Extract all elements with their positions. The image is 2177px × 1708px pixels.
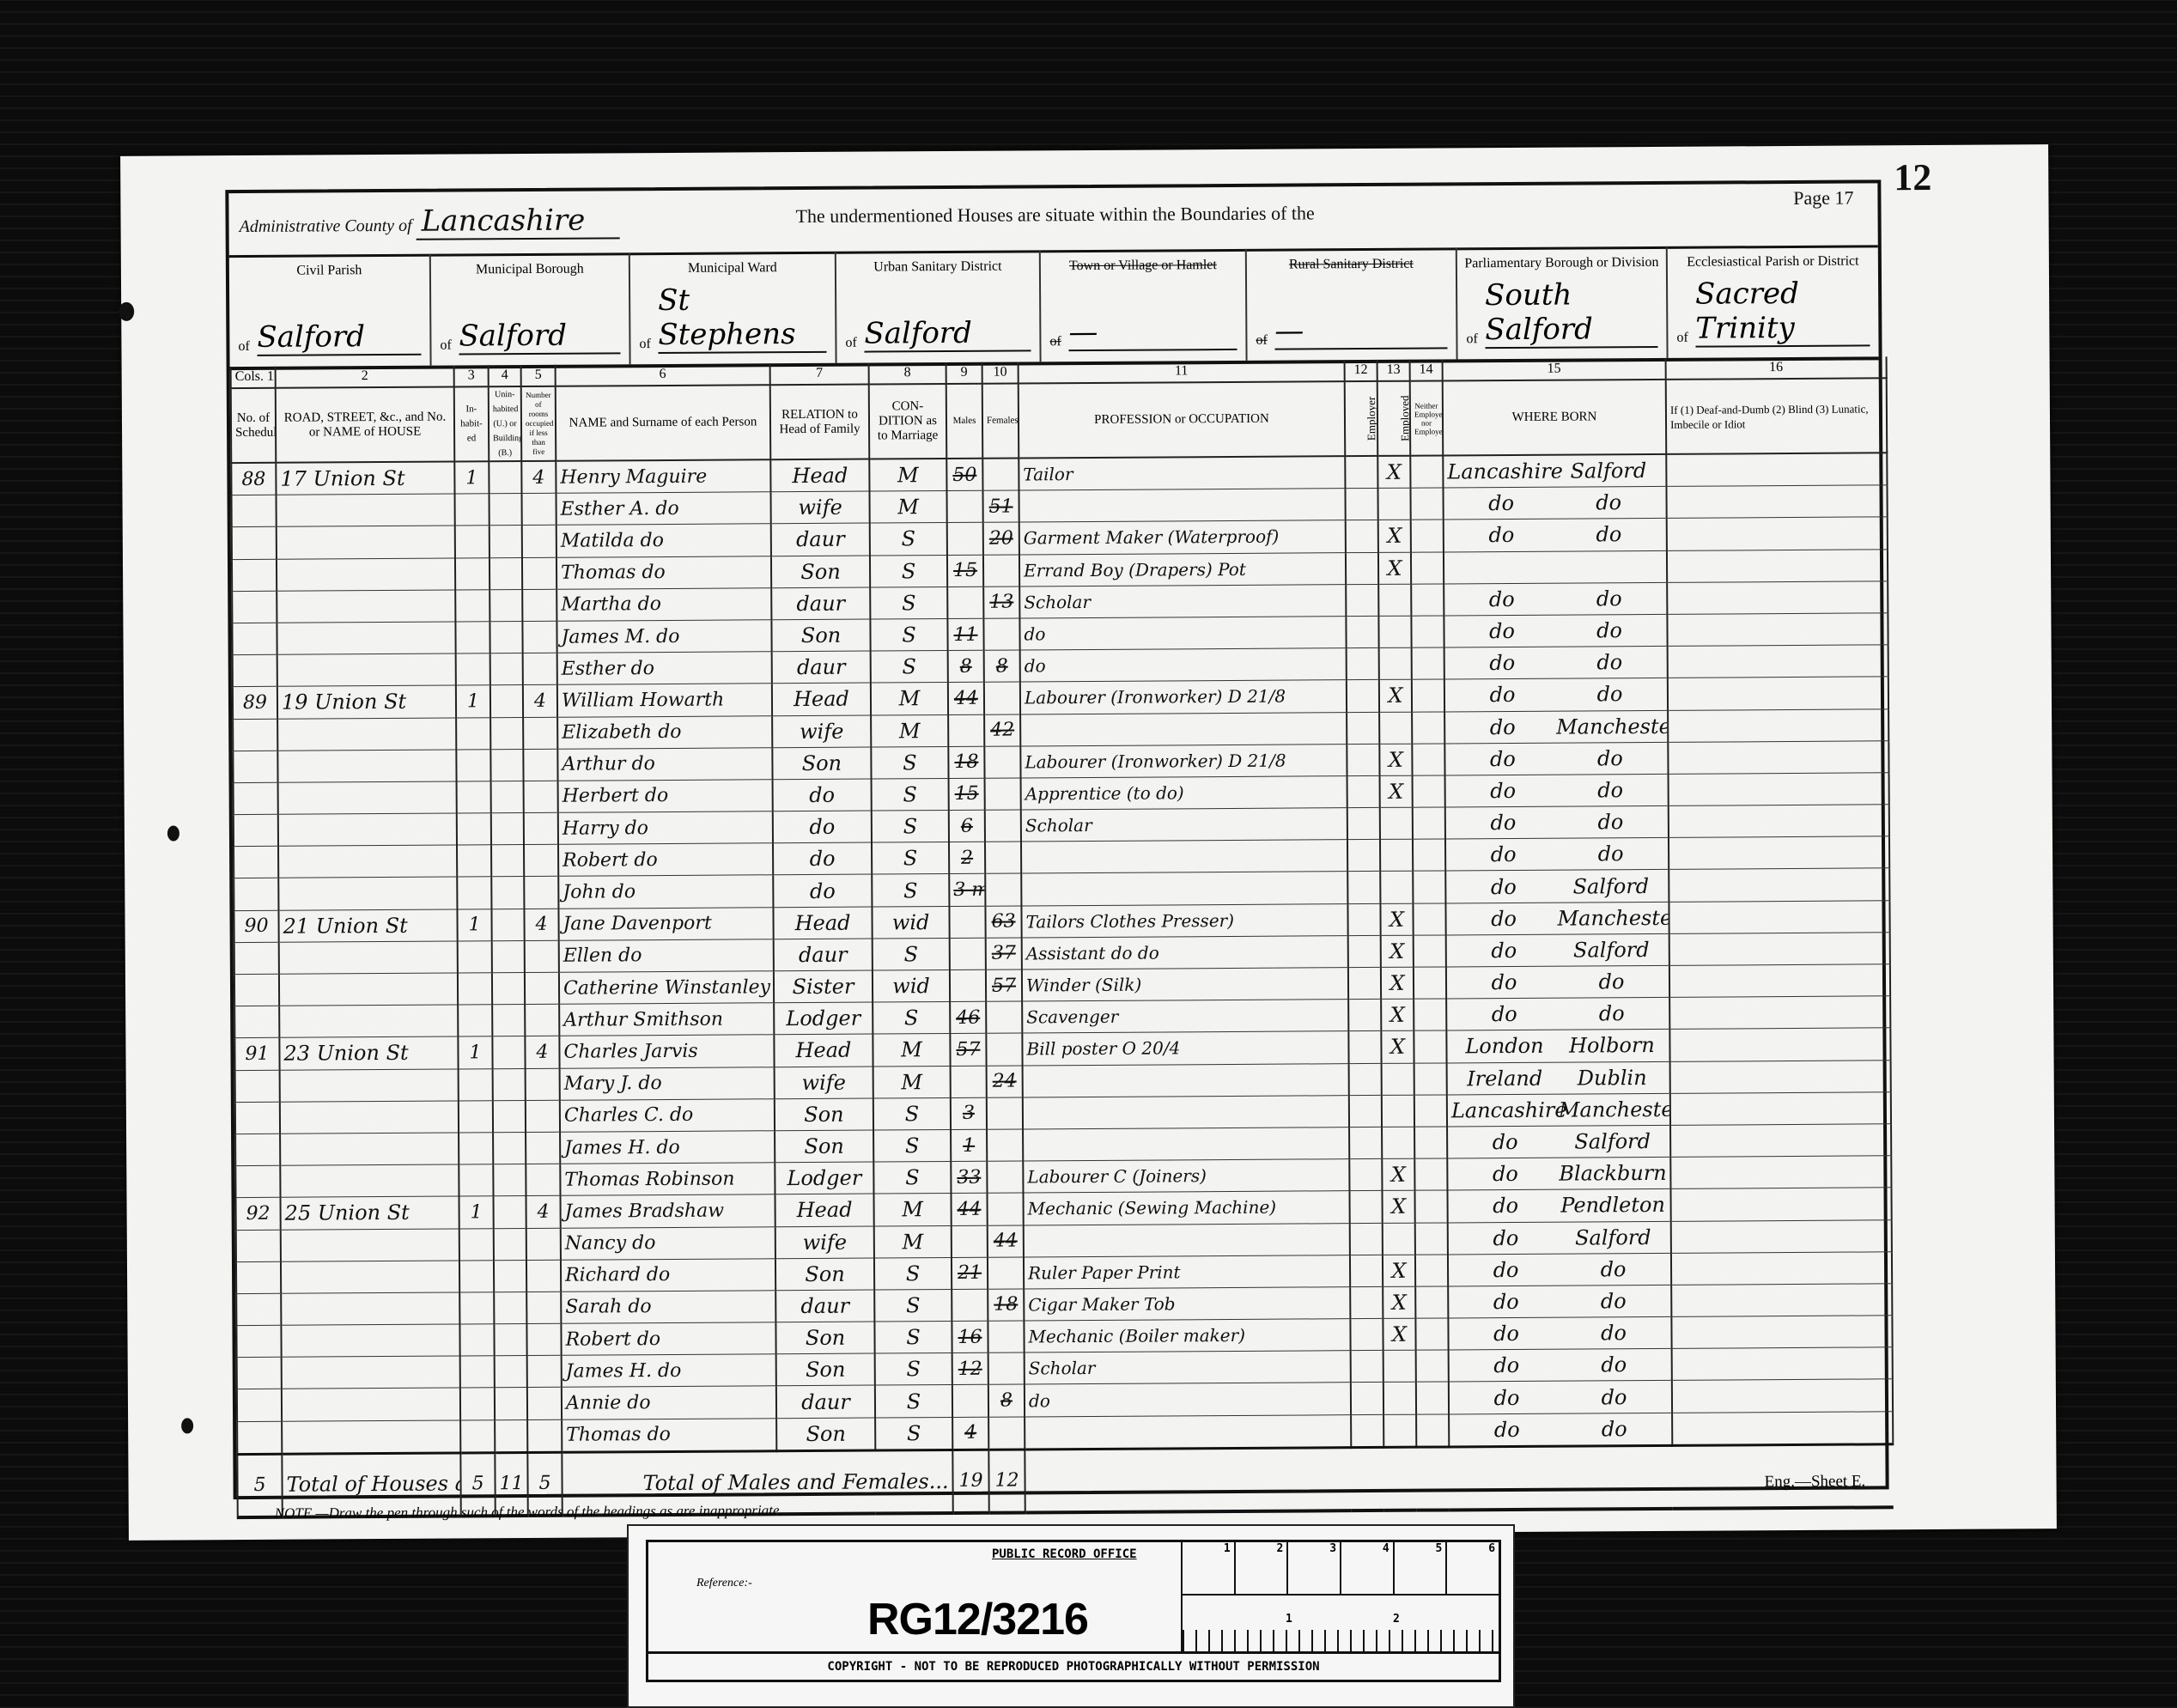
inhabited-cell <box>460 1388 495 1419</box>
uninhabited-cell <box>494 1324 526 1356</box>
uninhabited-cell <box>493 1132 526 1164</box>
rooms-cell <box>522 621 556 653</box>
schedule-cell <box>236 1293 281 1326</box>
rooms-cell: 4 <box>521 461 556 494</box>
where-born-cell: LancashireManchester <box>1447 1093 1670 1127</box>
where-born-cell: doBlackburn <box>1447 1157 1670 1190</box>
infirmity-cell <box>1671 1316 1892 1349</box>
rooms-cell <box>522 589 556 621</box>
relation-cell: Sister <box>774 970 873 1003</box>
occupation-cell: do <box>1025 1383 1351 1417</box>
name-cell: Charles C. do <box>560 1098 775 1132</box>
inhabited-cell: 1 <box>458 1036 492 1068</box>
neither-cell <box>1412 647 1444 679</box>
road-cell: 19 Union St <box>277 685 456 718</box>
where-born-cell: dodo <box>1449 1381 1672 1414</box>
schedule-cell <box>236 1325 281 1358</box>
road-cell <box>277 494 455 526</box>
total-blank <box>1025 1444 1893 1513</box>
infirmity-cell <box>1667 549 1888 582</box>
schedule-cell <box>232 591 277 623</box>
road-cell: 23 Union St <box>279 1036 458 1069</box>
female-age-cell: 57 <box>986 969 1022 1001</box>
occupation-cell: Winder (Silk) <box>1022 968 1348 1002</box>
scale-inch: 1 2 <box>1183 1596 1499 1652</box>
male-age-cell <box>946 490 982 522</box>
occupation-cell: Bill poster O 20/4 <box>1022 1031 1348 1066</box>
schedule-cell <box>234 814 278 847</box>
male-age-cell: 33 <box>951 1161 987 1193</box>
where-born-cell: dodo <box>1444 519 1667 552</box>
total-males: 19 <box>952 1450 988 1513</box>
header-condition: CON-DITION as to Marriage <box>869 384 947 459</box>
name-cell: Esther do <box>557 652 772 685</box>
rooms-cell <box>523 749 557 781</box>
rooms-cell <box>523 717 557 749</box>
male-age-cell <box>951 1066 987 1097</box>
admin-county-label: Administrative County of <box>240 216 412 236</box>
road-cell <box>278 877 457 909</box>
female-age-cell: 37 <box>986 938 1022 969</box>
uninhabited-cell <box>495 1356 527 1388</box>
where-born-cell: doManchester <box>1445 902 1669 935</box>
employed-cell <box>1378 584 1411 616</box>
schedule-cell <box>233 654 277 687</box>
occupation-cell <box>1021 840 1347 874</box>
header-schedule: No. of Schedule <box>231 388 277 463</box>
name-cell: Thomas do <box>562 1418 776 1452</box>
schedule-cell: 89 <box>233 687 277 720</box>
condition-cell: S <box>870 587 947 619</box>
relation-cell: daur <box>771 587 870 620</box>
employed-cell: X <box>1377 456 1410 489</box>
employer-cell <box>1345 456 1377 489</box>
female-age-cell <box>987 1097 1023 1129</box>
male-age-cell <box>948 714 984 746</box>
infirmity-cell <box>1671 1219 1892 1253</box>
where-born-cell: dodo <box>1444 582 1667 616</box>
uninhabited-cell <box>490 526 522 557</box>
rooms-cell <box>525 940 559 972</box>
female-age-cell: 63 <box>985 906 1021 938</box>
occupation-cell: Errand Boy (Drapers) Pot <box>1019 552 1346 587</box>
employer-cell <box>1350 1223 1383 1255</box>
name-cell: John do <box>558 875 773 909</box>
male-age-cell: 46 <box>950 1001 986 1033</box>
inhabited-cell <box>456 653 490 685</box>
road-cell <box>280 1101 459 1134</box>
male-age-cell: 57 <box>950 1034 986 1066</box>
census-page: 12 Administrative County of Lancashire T… <box>120 144 2057 1541</box>
employed-cell: X <box>1381 967 1414 999</box>
relation-cell: Son <box>771 556 870 588</box>
inhabited-cell: 1 <box>457 909 491 940</box>
occupation-cell <box>1023 1128 1349 1162</box>
inhabited-cell <box>459 1260 494 1292</box>
uninhabited-cell <box>490 557 522 589</box>
rooms-cell <box>526 1260 561 1292</box>
infirmity-cell <box>1668 645 1888 678</box>
infirmity-cell <box>1669 773 1889 806</box>
employer-cell <box>1348 1000 1381 1031</box>
uninhabited-cell <box>491 781 524 812</box>
where-born-cell: dodo <box>1444 742 1668 775</box>
occupation-cell: do <box>1020 648 1347 683</box>
male-age-cell: 6 <box>949 810 985 842</box>
header-where-born: WHERE BORN <box>1443 380 1667 456</box>
employed-cell <box>1382 1063 1414 1095</box>
neither-cell <box>1413 903 1445 935</box>
name-cell: Mary J. do <box>560 1067 775 1100</box>
neither-cell <box>1414 1095 1447 1127</box>
occupation-cell: Ruler Paper Print <box>1024 1255 1350 1289</box>
male-age-cell <box>947 523 983 555</box>
employer-cell <box>1346 616 1378 647</box>
infirmity-cell <box>1667 517 1888 550</box>
condition-cell: S <box>875 1417 952 1450</box>
condition-cell: M <box>874 1225 952 1258</box>
employer-cell <box>1350 1255 1383 1286</box>
employed-cell <box>1379 712 1412 744</box>
uninhabited-cell <box>492 940 525 972</box>
punch-hole <box>119 302 134 321</box>
inhabited-cell <box>458 973 492 1005</box>
uninhabited-cell <box>491 877 524 909</box>
infirmity-cell <box>1669 933 1890 966</box>
female-age-cell: 13 <box>983 587 1019 618</box>
header-males: Males <box>946 384 983 459</box>
condition-cell: S <box>873 1097 951 1130</box>
relation-cell: Son <box>775 1130 873 1163</box>
relation-cell: Head <box>770 459 869 492</box>
condition-cell: M <box>873 1194 951 1226</box>
neither-cell <box>1413 871 1445 903</box>
occupation-cell <box>1023 1063 1349 1097</box>
infirmity-cell <box>1672 1347 1893 1381</box>
header-infirmity: If (1) Deaf-and-Dumb (2) Blind (3) Lunat… <box>1666 378 1888 454</box>
employed-cell <box>1383 1350 1416 1382</box>
occupation-cell <box>1020 712 1347 746</box>
schedule-cell <box>234 942 279 975</box>
road-cell <box>280 1133 459 1165</box>
infirmity-cell <box>1668 677 1888 710</box>
sheet-number: 12 <box>1894 155 1931 199</box>
schedule-cell <box>237 1389 282 1422</box>
occupation-cell: Scholar <box>1021 808 1347 842</box>
inhabited-cell <box>457 781 491 813</box>
rooms-cell <box>527 1419 562 1452</box>
occupation-cell: Labourer (Ironworker) D 21/8 <box>1020 744 1347 778</box>
admin-county-value: Lancashire <box>417 203 620 240</box>
employer-cell <box>1347 744 1379 775</box>
name-cell: Thomas do <box>556 556 771 589</box>
male-age-cell <box>952 1385 988 1417</box>
employer-cell <box>1347 840 1380 872</box>
condition-cell: S <box>873 1162 951 1194</box>
female-age-cell: 20 <box>983 522 1019 554</box>
census-table: Cols. 1 2 3 4 5 6 7 8 9 10 11 12 13 14 1… <box>230 356 1894 1519</box>
female-age-cell <box>984 746 1020 778</box>
female-age-cell: 18 <box>988 1289 1024 1321</box>
uninhabited-cell <box>490 749 523 781</box>
name-cell: Henry Maguire <box>556 459 770 493</box>
name-cell: Arthur Smithson <box>559 1003 774 1036</box>
road-cell <box>277 653 456 686</box>
employed-cell: X <box>1383 1318 1415 1350</box>
header-road: ROAD, STREET, &c., and No. or NAME of HO… <box>276 387 455 463</box>
public-record-office: PUBLIC RECORD OFFICE <box>992 1547 1137 1561</box>
uninhabited-cell <box>492 1036 525 1068</box>
schedule-cell <box>234 782 278 815</box>
road-cell <box>277 590 455 623</box>
punch-hole <box>181 1418 193 1433</box>
district-municipal-borough: Municipal Borough of Salford <box>431 252 631 365</box>
male-age-cell: 2 <box>949 842 985 873</box>
employer-cell <box>1349 1095 1382 1127</box>
infirmity-cell <box>1670 1124 1891 1158</box>
name-cell: James Bradshaw <box>561 1194 775 1228</box>
employed-cell <box>1380 807 1413 839</box>
road-cell <box>281 1261 459 1293</box>
schedule-cell: 90 <box>234 910 278 943</box>
neither-cell <box>1414 1063 1447 1095</box>
employed-cell <box>1382 1127 1414 1158</box>
condition-cell: S <box>875 1385 952 1418</box>
female-age-cell <box>987 1193 1023 1225</box>
condition-cell: S <box>871 746 948 779</box>
relation-cell: wife <box>775 1067 873 1099</box>
male-age-cell <box>949 906 985 938</box>
where-born-cell: doPendleton <box>1447 1189 1670 1223</box>
where-born-cell: doSalford <box>1447 1125 1670 1158</box>
employer-cell <box>1348 935 1381 967</box>
infirmity-cell <box>1669 1028 1890 1061</box>
employer-cell <box>1347 775 1380 807</box>
infirmity-cell <box>1669 996 1890 1030</box>
neither-cell <box>1415 1286 1448 1318</box>
female-age-cell <box>986 1033 1022 1065</box>
where-born-cell: dodo <box>1449 1349 1672 1383</box>
inhabited-cell <box>459 1068 493 1100</box>
name-cell: James H. do <box>560 1131 775 1164</box>
schedule-cell <box>237 1358 282 1390</box>
occupation-cell: Scholar <box>1019 584 1346 618</box>
occupation-cell: Apprentice (to do) <box>1021 776 1347 811</box>
rooms-cell <box>526 1292 561 1323</box>
name-cell: Robert do <box>561 1322 775 1356</box>
district-row: Civil Parish of Salford Municipal Boroug… <box>229 245 1879 370</box>
male-age-cell: 11 <box>947 618 983 650</box>
infirmity-cell <box>1666 485 1887 519</box>
neither-cell <box>1415 1222 1448 1254</box>
uninhabited-cell <box>495 1388 527 1419</box>
road-cell: 25 Union St <box>281 1196 459 1229</box>
infirmity-cell <box>1668 708 1888 742</box>
condition-cell: S <box>871 651 948 684</box>
relation-cell: wife <box>772 715 871 748</box>
rooms-cell <box>523 653 557 684</box>
relation-cell: Son <box>776 1353 875 1386</box>
female-age-cell <box>982 458 1019 490</box>
uninhabited-cell <box>495 1419 527 1452</box>
relation-cell: Head <box>774 1034 873 1067</box>
name-cell: Catherine Winstanley <box>559 971 774 1005</box>
female-age-cell <box>987 1161 1023 1193</box>
female-age-cell <box>985 842 1021 873</box>
road-cell <box>282 1420 460 1454</box>
occupation-cell <box>1024 1223 1350 1257</box>
condition-cell: M <box>869 459 946 491</box>
where-born-cell: dodo <box>1445 774 1669 807</box>
male-age-cell: 3 mo <box>949 874 985 906</box>
employer-cell <box>1347 680 1379 712</box>
employed-cell <box>1383 1383 1416 1414</box>
neither-cell <box>1412 711 1444 743</box>
inhabited-cell <box>459 1228 494 1260</box>
employer-cell <box>1346 584 1378 616</box>
occupation-cell: Scavenger <box>1022 1000 1348 1034</box>
where-born-cell: IrelandDublin <box>1447 1061 1670 1095</box>
occupation-cell <box>1023 1095 1349 1129</box>
road-cell <box>278 781 457 814</box>
employed-cell: X <box>1379 744 1412 775</box>
condition-cell: S <box>874 1322 952 1354</box>
header-females: Females <box>982 383 1019 458</box>
employer-cell <box>1348 967 1381 999</box>
employed-cell: X <box>1380 775 1413 807</box>
employed-cell <box>1377 488 1410 520</box>
district-civil-parish: Civil Parish of Salford <box>229 254 432 367</box>
condition-cell: S <box>870 618 947 651</box>
condition-cell: S <box>873 938 950 970</box>
schedule-cell <box>234 974 279 1006</box>
female-age-cell <box>988 1417 1025 1450</box>
employed-cell: X <box>1378 552 1411 584</box>
road-cell <box>280 1164 459 1197</box>
employed-cell: X <box>1383 1255 1415 1286</box>
female-age-cell <box>985 873 1021 905</box>
district-municipal-ward: Municipal Ward of St Stephens <box>630 252 837 364</box>
footer-note: NOTE.—Draw the pen through such of the w… <box>275 1502 783 1523</box>
infirmity-cell <box>1669 900 1889 933</box>
uninhabited-cell <box>493 1068 526 1100</box>
name-cell: Ellen do <box>559 939 774 973</box>
uninhabited-cell <box>494 1292 526 1323</box>
where-born-cell: dodo <box>1444 678 1668 712</box>
male-age-cell: 44 <box>951 1194 987 1225</box>
infirmity-cell <box>1670 1156 1891 1189</box>
rooms-cell <box>527 1388 562 1419</box>
infirmity-cell <box>1672 1379 1893 1413</box>
employed-cell <box>1383 1414 1416 1447</box>
employer-cell <box>1346 520 1378 552</box>
relation-cell: Head <box>772 683 871 715</box>
name-cell: William Howarth <box>557 684 772 717</box>
male-age-cell <box>947 587 983 618</box>
employer-cell <box>1347 903 1380 935</box>
female-age-cell: 24 <box>987 1066 1023 1097</box>
employed-cell: X <box>1381 935 1414 967</box>
employed-cell <box>1383 1223 1415 1255</box>
neither-cell <box>1414 999 1446 1030</box>
uninhabited-cell <box>490 653 523 685</box>
relation-cell: daur <box>774 939 873 971</box>
name-cell: Jane Davenport <box>558 907 773 940</box>
uninhabited-cell <box>494 1260 526 1292</box>
rooms-cell <box>526 1228 561 1260</box>
neither-cell <box>1413 775 1445 807</box>
uninhabited-cell <box>489 461 521 494</box>
male-age-cell: 44 <box>948 683 984 714</box>
name-cell: James H. do <box>562 1354 776 1388</box>
condition-cell: wid <box>872 906 949 939</box>
rooms-cell <box>522 557 556 589</box>
male-age-cell: 15 <box>947 555 983 587</box>
condition-cell: wid <box>873 969 950 1002</box>
relation-cell: do <box>773 779 872 811</box>
where-born-cell: LancashireSalford <box>1443 454 1666 488</box>
where-born-cell: dodo <box>1446 965 1669 999</box>
name-cell: Harry do <box>558 811 773 845</box>
rooms-cell <box>525 972 559 1004</box>
male-age-cell <box>950 938 986 969</box>
rooms-cell <box>527 1356 562 1388</box>
schedule-cell <box>232 495 277 527</box>
infirmity-cell <box>1669 836 1889 870</box>
uninhabited-cell <box>490 717 523 749</box>
occupation-cell: Scholar <box>1025 1351 1351 1385</box>
female-age-cell <box>988 1352 1025 1384</box>
where-born-cell: dodo <box>1449 1413 1672 1447</box>
header-name: NAME and Surname of each Person <box>556 385 771 461</box>
name-cell: Charles Jarvis <box>559 1035 774 1068</box>
condition-cell: S <box>870 555 947 587</box>
where-born-cell: LondonHolborn <box>1446 1030 1669 1063</box>
name-cell: Robert do <box>558 843 773 877</box>
employer-cell <box>1349 1063 1382 1095</box>
uninhabited-cell <box>494 1228 526 1260</box>
schedule-cell: 88 <box>231 463 276 495</box>
header-employer: Employer <box>1345 381 1378 456</box>
neither-cell <box>1414 1030 1446 1062</box>
employer-cell <box>1351 1351 1383 1383</box>
road-cell <box>282 1388 460 1420</box>
inhabited-cell <box>459 1324 494 1356</box>
female-age-cell <box>983 555 1019 587</box>
schedule-cell <box>235 1102 280 1134</box>
female-age-cell <box>983 618 1019 650</box>
neither-cell <box>1413 839 1445 871</box>
employed-cell: X <box>1381 999 1414 1030</box>
inhabited-cell <box>455 557 490 589</box>
reference-label: Reference:- <box>696 1577 752 1590</box>
uninhabited-cell <box>492 973 525 1005</box>
female-age-cell <box>985 778 1021 810</box>
road-cell <box>281 1228 459 1261</box>
male-age-cell <box>952 1225 988 1257</box>
relation-cell: Son <box>775 1258 874 1291</box>
relation-cell: Head <box>773 907 872 939</box>
name-cell: Sarah do <box>561 1291 775 1324</box>
district-rural-sanitary: Rural Sanitary District of — <box>1247 247 1458 360</box>
where-born-cell: dodo <box>1444 647 1668 680</box>
neither-cell <box>1414 1127 1447 1158</box>
schedule-cell <box>232 623 277 655</box>
inhabited-cell <box>455 590 490 622</box>
name-cell: James M. do <box>556 620 771 653</box>
inhabited-cell <box>459 1100 493 1132</box>
neither-cell <box>1411 616 1444 647</box>
